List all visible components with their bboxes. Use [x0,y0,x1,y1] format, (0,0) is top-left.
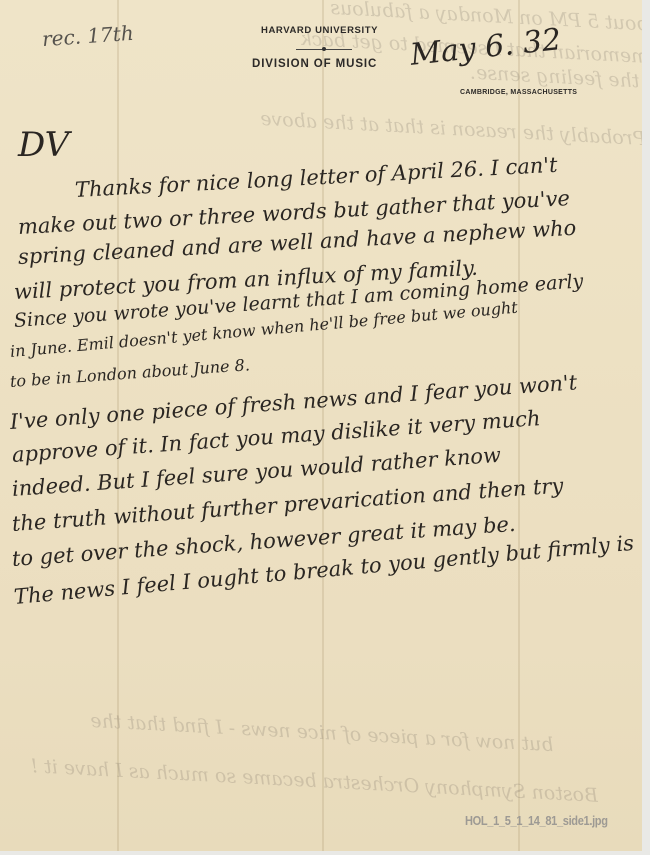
received-note: rec. 17th [41,21,134,51]
letterhead-institution: HARVARD UNIVERSITY [261,25,378,36]
letterhead-divider-dot [322,47,326,51]
letter-page: that at or about 5 PM on Monday a fabulo… [0,0,642,851]
letterhead-location: CAMBRIDGE, MASSACHUSETTS [460,89,577,96]
file-label: HOL_1_5_1_14_81_side1.jpg [465,812,608,829]
bleed-through-text: Probably the reason is that at the above [260,108,642,150]
body-line: to be in London about June 8. [9,355,250,391]
bleed-through-text: Boston Symphony Orchestra became so much… [30,755,599,807]
salutation: DV [18,125,69,165]
letterhead-department: DIVISION OF MUSIC [252,58,377,70]
